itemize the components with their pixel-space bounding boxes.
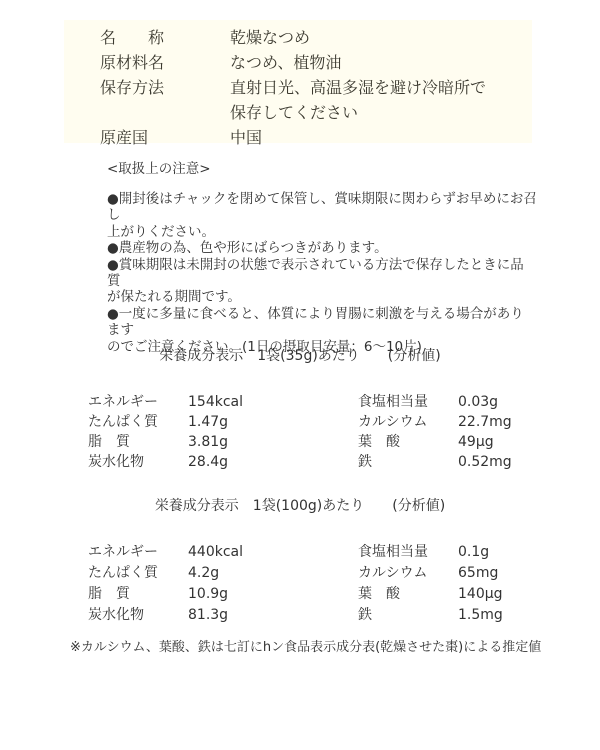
info-value-line: 直射日光、高温多湿を避け冷暗所で <box>230 75 532 100</box>
info-label-ingredients: 原材料名 <box>100 50 230 75</box>
note-line: ●賞味期限は未開封の状態で表示されている方法で保存したときに品質 <box>107 257 537 290</box>
nutrient-value: 0.52mg <box>458 452 600 472</box>
nutrition-row: 炭水化物 28.4g 鉄 0.52mg <box>88 452 600 472</box>
handling-notes-title: <取扱上の注意> <box>107 161 537 177</box>
handling-notes-section: <取扱上の注意> ●開封後はチャックを閉めて保管し、賞味期限に関わらずお早めにお… <box>107 161 537 355</box>
info-row-name: 名 称 乾燥なつめ <box>100 25 532 50</box>
product-description-page: 名 称 乾燥なつめ 原材料名 なつめ、植物油 保存方法 直射日光、高温多湿を避け… <box>0 0 600 750</box>
info-row-ingredients: 原材料名 なつめ、植物油 <box>100 50 532 75</box>
nutrient-value: 81.3g <box>188 605 358 626</box>
nutrient-value: 0.03g <box>458 392 600 412</box>
nutrient-label: たんぱく質 <box>88 412 188 432</box>
nutrient-label: 鉄 <box>358 452 458 472</box>
info-value-ingredients: なつめ、植物油 <box>230 50 532 75</box>
nutrient-value: 1.47g <box>188 412 358 432</box>
nutrition-row: 炭水化物 81.3g 鉄 1.5mg <box>88 605 600 626</box>
info-value-line: 乾燥なつめ <box>230 25 532 50</box>
nutrient-label: エネルギー <box>88 392 188 412</box>
nutrition-row: たんぱく質 1.47g カルシウム 22.7mg <box>88 412 600 432</box>
nutrient-value: 65mg <box>458 563 600 584</box>
info-value-line: 保存してください <box>230 100 532 125</box>
nutrient-value: 440kcal <box>188 542 358 563</box>
nutrition-row: 脂 質 10.9g 葉 酸 140μg <box>88 584 600 605</box>
nutrient-label: 炭水化物 <box>88 452 188 472</box>
note-line: が保たれる期間です。 <box>107 289 537 305</box>
info-value-line: 中国 <box>230 125 532 150</box>
nutrition-title-100g: 栄養成分表示 1袋(100g)あたり (分析値) <box>0 498 600 514</box>
nutrient-value: 140μg <box>458 584 600 605</box>
nutrition-row: たんぱく質 4.2g カルシウム 65mg <box>88 563 600 584</box>
info-row-storage: 保存方法 直射日光、高温多湿を避け冷暗所で 保存してください <box>100 75 532 125</box>
info-row-origin: 原産国 中国 <box>100 125 532 150</box>
nutrition-grid-100g: エネルギー 440kcal 食塩相当量 0.1g たんぱく質 4.2g カルシウ… <box>88 542 600 626</box>
nutrient-label: 食塩相当量 <box>358 392 458 412</box>
nutrient-value: 4.2g <box>188 563 358 584</box>
nutrition-row: エネルギー 440kcal 食塩相当量 0.1g <box>88 542 600 563</box>
nutrient-label: カルシウム <box>358 412 458 432</box>
nutrient-value: 22.7mg <box>458 412 600 432</box>
nutrient-value: 10.9g <box>188 584 358 605</box>
info-value-origin: 中国 <box>230 125 532 150</box>
note-line: 上がりください。 <box>107 224 537 240</box>
nutrient-label: 脂 質 <box>88 584 188 605</box>
estimation-footnote: ※カルシウム、葉酸、鉄は七訂にhン食品表示成分表(乾燥させた棗)による推定値 <box>70 640 541 656</box>
info-label-name: 名 称 <box>100 25 230 50</box>
nutrition-row: エネルギー 154kcal 食塩相当量 0.03g <box>88 392 600 412</box>
nutrient-label: 食塩相当量 <box>358 542 458 563</box>
nutrient-label: 鉄 <box>358 605 458 626</box>
nutrition-grid-35g: エネルギー 154kcal 食塩相当量 0.03g たんぱく質 1.47g カル… <box>88 392 600 472</box>
nutrient-label: エネルギー <box>88 542 188 563</box>
nutrition-table-100g: 栄養成分表示 1袋(100g)あたり (分析値) エネルギー 440kcal 食… <box>0 498 600 626</box>
info-value-line: なつめ、植物油 <box>230 50 532 75</box>
nutrient-label: たんぱく質 <box>88 563 188 584</box>
handling-notes-body: ●開封後はチャックを閉めて保管し、賞味期限に関わらずお早めにお召し 上がりくださ… <box>107 191 537 355</box>
nutrient-label: 脂 質 <box>88 432 188 452</box>
note-line: ●開封後はチャックを閉めて保管し、賞味期限に関わらずお早めにお召し <box>107 191 537 224</box>
nutrition-title-35g: 栄養成分表示 1袋(35g)あたり (分析値) <box>0 348 600 364</box>
nutrient-value: 3.81g <box>188 432 358 452</box>
nutrient-label: 炭水化物 <box>88 605 188 626</box>
info-label-storage: 保存方法 <box>100 75 230 125</box>
nutrient-value: 0.1g <box>458 542 600 563</box>
nutrient-value: 28.4g <box>188 452 358 472</box>
info-value-storage: 直射日光、高温多湿を避け冷暗所で 保存してください <box>230 75 532 125</box>
nutrient-value: 49μg <box>458 432 600 452</box>
nutrient-value: 154kcal <box>188 392 358 412</box>
product-info-panel: 名 称 乾燥なつめ 原材料名 なつめ、植物油 保存方法 直射日光、高温多湿を避け… <box>64 20 532 143</box>
info-label-origin: 原産国 <box>100 125 230 150</box>
note-line: ●農産物の為、色や形にばらつきがあります。 <box>107 240 537 256</box>
nutrition-table-35g: 栄養成分表示 1袋(35g)あたり (分析値) エネルギー 154kcal 食塩… <box>0 348 600 472</box>
nutrient-label: 葉 酸 <box>358 584 458 605</box>
nutrition-row: 脂 質 3.81g 葉 酸 49μg <box>88 432 600 452</box>
info-value-name: 乾燥なつめ <box>230 25 532 50</box>
nutrient-label: カルシウム <box>358 563 458 584</box>
note-line: ●一度に多量に食べると、体質により胃腸に刺激を与える場合があります <box>107 306 537 339</box>
nutrient-label: 葉 酸 <box>358 432 458 452</box>
nutrient-value: 1.5mg <box>458 605 600 626</box>
